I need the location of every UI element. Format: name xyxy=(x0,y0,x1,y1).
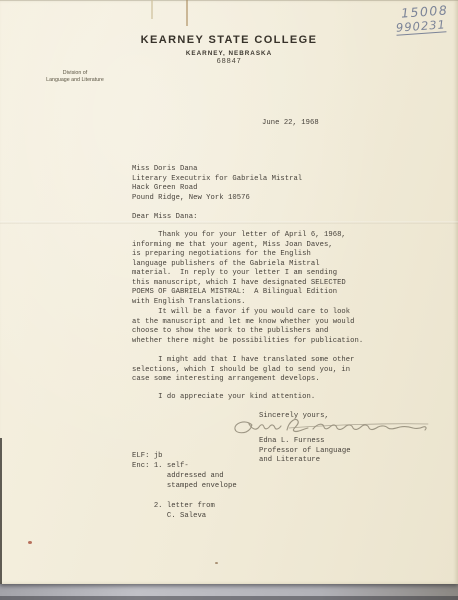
tape-mark xyxy=(186,0,188,26)
letterhead-city: KEARNEY, NEBRASKA xyxy=(0,50,458,57)
body-paragraph-4: I do appreciate your kind attention. xyxy=(132,393,315,403)
salutation: Dear Miss Dana: xyxy=(132,213,197,223)
scan-edge-shadow xyxy=(0,438,2,584)
body-paragraph-3: I might add that I have translated some … xyxy=(132,356,355,385)
scanned-letter-page: KEARNEY STATE COLLEGE KEARNEY, NEBRASKA … xyxy=(0,0,458,600)
tape-mark xyxy=(151,0,153,19)
letter-paper: KEARNEY STATE COLLEGE KEARNEY, NEBRASKA … xyxy=(0,0,458,584)
letterhead-college-name: KEARNEY STATE COLLEGE xyxy=(0,34,458,46)
body-paragraph-2: It will be a favor if you would care to … xyxy=(132,308,363,346)
body-paragraph-1: Thank you for your letter of April 6, 19… xyxy=(132,231,346,307)
signer-name-title-block: Edna L. Furness Professor of Language an… xyxy=(259,437,351,466)
paper-speck xyxy=(28,541,32,544)
handwritten-archive-number-2: 990231 xyxy=(396,17,447,35)
recipient-address-block: Miss Doris Dana Literary Executrix for G… xyxy=(132,165,302,203)
letterhead-zip: 68847 xyxy=(0,58,458,66)
letter-date: June 22, 1968 xyxy=(262,119,319,129)
paper-speck xyxy=(215,562,218,564)
fold-crease xyxy=(0,221,458,224)
letterhead-division: Division of Language and Literature xyxy=(20,70,130,83)
reference-enclosure-block: ELF: jb Enc: 1. self- addressed and stam… xyxy=(132,451,237,521)
